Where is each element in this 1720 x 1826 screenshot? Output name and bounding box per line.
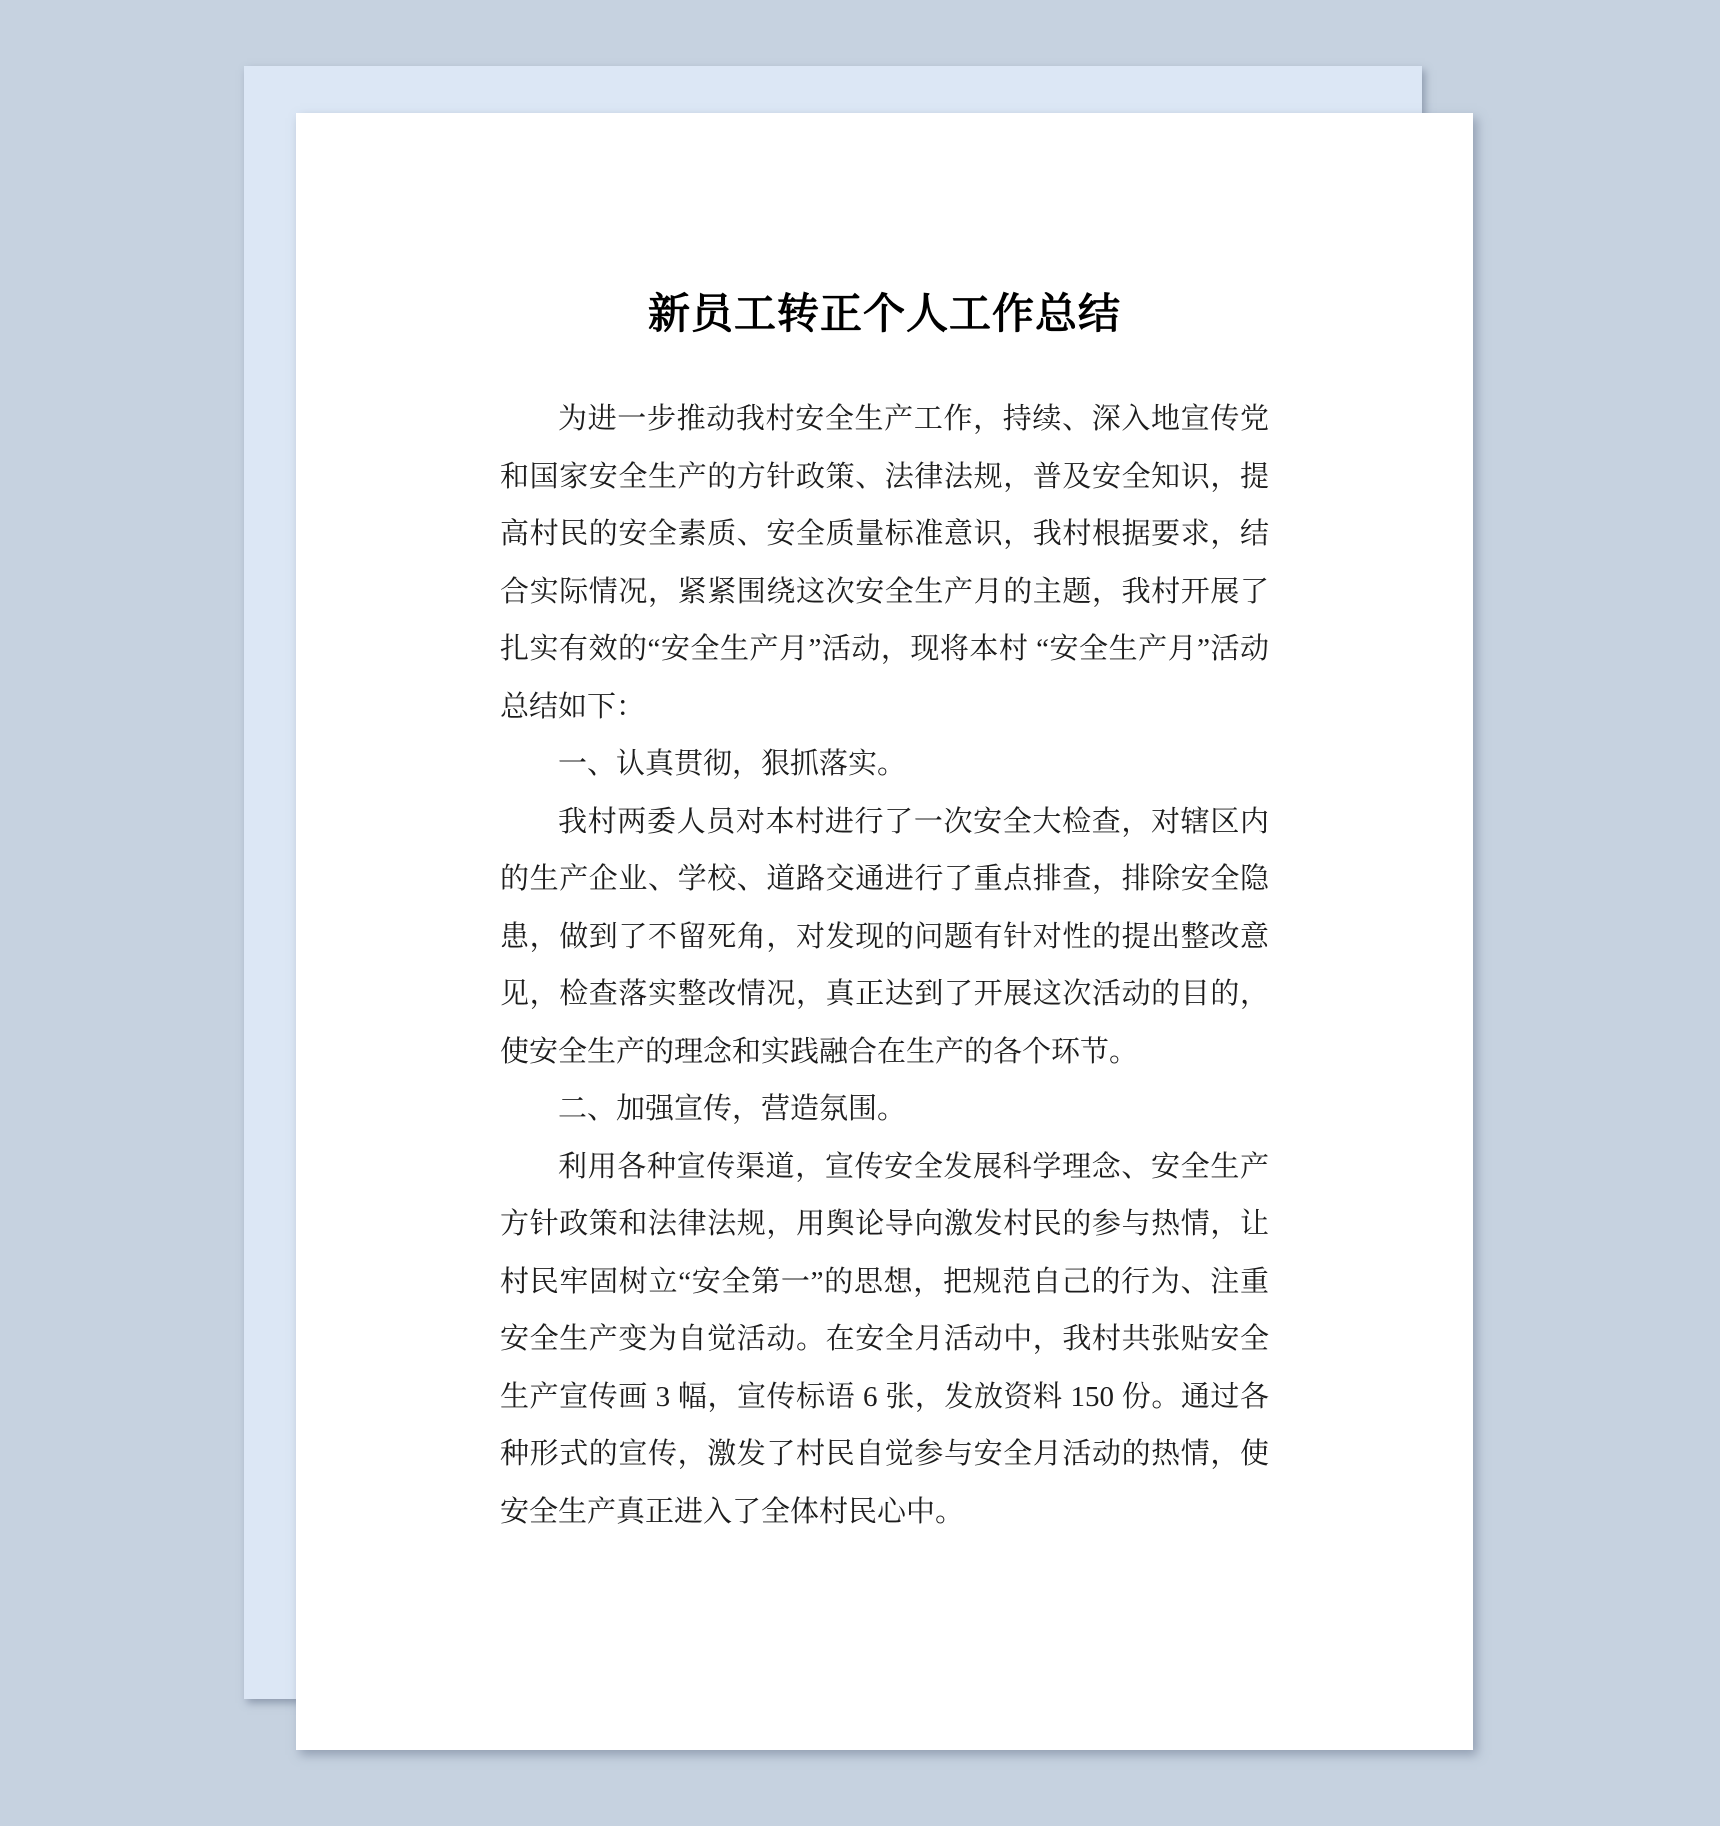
document-title: 新员工转正个人工作总结 (500, 283, 1269, 345)
document-body: 为进一步推动我村安全生产工作，持续、深入地宣传党和国家安全生产的方针政策、法律法… (500, 391, 1269, 1541)
paragraph-heading-1: 一、认真贯彻，狠抓落实。 (500, 736, 1269, 794)
document-page: 新员工转正个人工作总结 为进一步推动我村安全生产工作，持续、深入地宣传党和国家安… (296, 113, 1473, 1750)
paragraph-intro: 为进一步推动我村安全生产工作，持续、深入地宣传党和国家安全生产的方针政策、法律法… (500, 391, 1269, 736)
desktop-background: { "document": { "title": "新员工转正个人工作总结", … (0, 0, 1720, 1826)
paragraph-heading-2: 二、加强宣传，营造氛围。 (500, 1081, 1269, 1139)
paragraph-section-2: 利用各种宣传渠道，宣传安全发展科学理念、安全生产方针政策和法律法规，用舆论导向激… (500, 1139, 1269, 1542)
paragraph-section-1: 我村两委人员对本村进行了一次安全大检查，对辖区内的生产企业、学校、道路交通进行了… (500, 794, 1269, 1082)
